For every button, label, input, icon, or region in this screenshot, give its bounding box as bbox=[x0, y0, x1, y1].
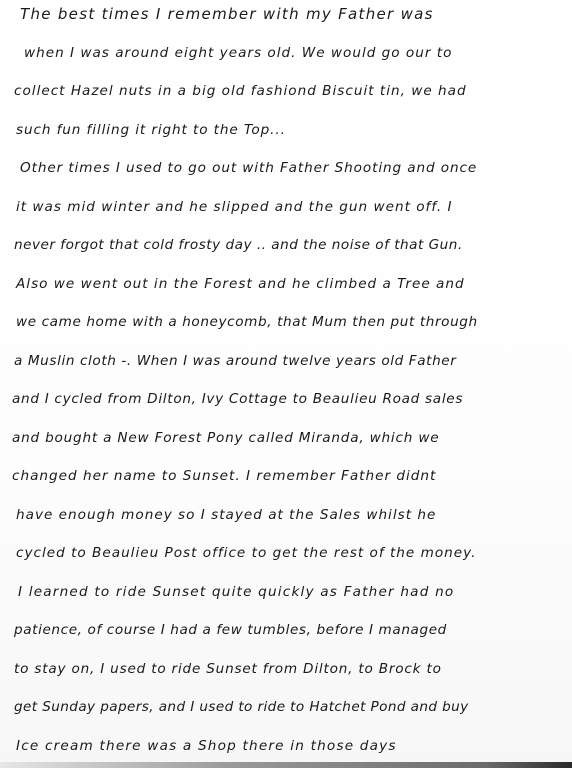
page-bottom-edge bbox=[0, 762, 572, 768]
text-line: The best times I remember with my Father… bbox=[20, 4, 434, 24]
text-line: and bought a New Forest Pony called Mira… bbox=[12, 428, 439, 448]
text-line: to stay on, I used to ride Sunset from D… bbox=[14, 659, 442, 679]
text-line: collect Hazel nuts in a big old fashiond… bbox=[14, 81, 467, 101]
text-line: it was mid winter and he slipped and the… bbox=[16, 197, 453, 217]
text-line: Other times I used to go out with Father… bbox=[20, 158, 477, 178]
text-line: Also we went out in the Forest and he cl… bbox=[16, 274, 465, 294]
text-line: get Sunday papers, and I used to ride to… bbox=[14, 697, 469, 717]
text-line: I learned to ride Sunset quite quickly a… bbox=[18, 582, 454, 602]
text-line: cycled to Beaulieu Post office to get th… bbox=[16, 543, 476, 563]
text-line: changed her name to Sunset. I remember F… bbox=[12, 466, 436, 486]
text-line: have enough money so I stayed at the Sal… bbox=[16, 505, 436, 525]
text-line: such fun filling it right to the Top... bbox=[16, 120, 286, 140]
text-line: a Muslin cloth -. When I was around twel… bbox=[14, 351, 456, 371]
text-line: never forgot that cold frosty day .. and… bbox=[14, 235, 463, 255]
handwritten-page: The best times I remember with my Father… bbox=[0, 0, 572, 762]
text-line: when I was around eight years old. We wo… bbox=[24, 43, 452, 63]
text-line: Ice cream there was a Shop there in thos… bbox=[16, 736, 397, 756]
text-line: and I cycled from Dilton, Ivy Cottage to… bbox=[12, 389, 463, 409]
text-line: patience, of course I had a few tumbles,… bbox=[14, 620, 447, 640]
text-line: we came home with a honeycomb, that Mum … bbox=[16, 312, 478, 332]
